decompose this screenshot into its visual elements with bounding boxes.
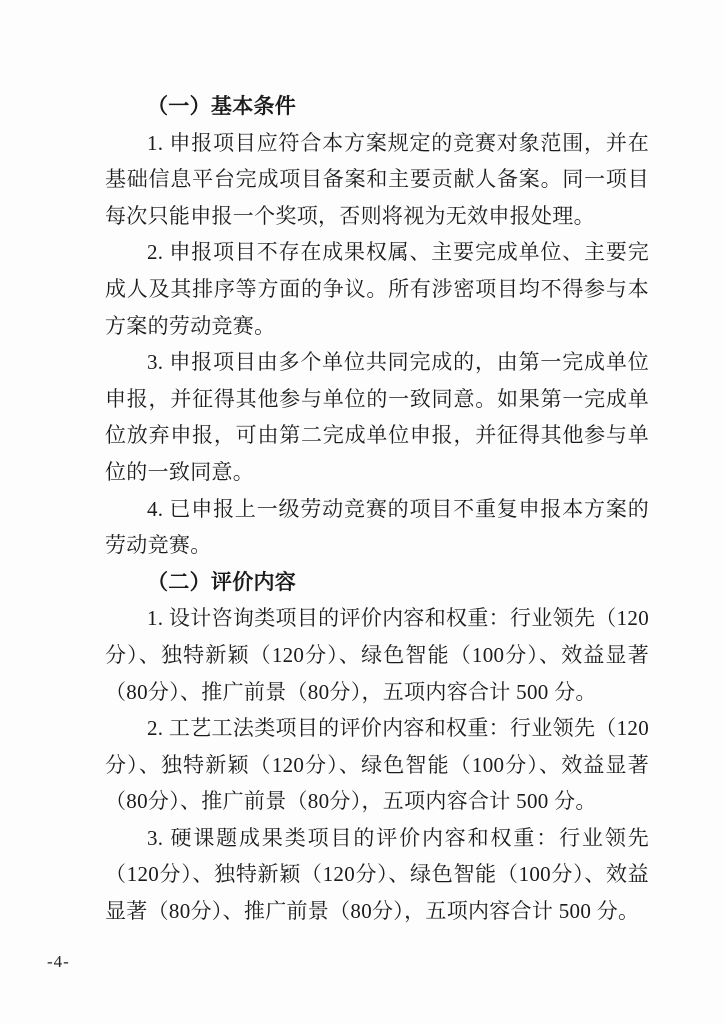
section-heading-basic-conditions: （一）基本条件 <box>105 88 649 125</box>
paragraph-basic-condition-3: 3. 申报项目由多个单位共同完成的，由第一完成单位申报，并征得其他参与单位的一致… <box>105 344 649 490</box>
document-page: （一）基本条件 1. 申报项目应符合本方案规定的竞赛对象范围，并在基础信息平台完… <box>0 0 724 1024</box>
paragraph-evaluation-2: 2. 工艺工法类项目的评价内容和权重：行业领先（120分）、独特新颖（120分）… <box>105 710 649 820</box>
paragraph-basic-condition-4: 4. 已申报上一级劳动竞赛的项目不重复申报本方案的劳动竞赛。 <box>105 491 649 564</box>
paragraph-basic-condition-1: 1. 申报项目应符合本方案规定的竞赛对象范围，并在基础信息平台完成项目备案和主要… <box>105 125 649 235</box>
paragraph-evaluation-1: 1. 设计咨询类项目的评价内容和权重：行业领先（120分）、独特新颖（120分）… <box>105 600 649 710</box>
paragraph-evaluation-3: 3. 硬课题成果类项目的评价内容和权重：行业领先（120分）、独特新颖（120分… <box>105 820 649 930</box>
document-body: （一）基本条件 1. 申报项目应符合本方案规定的竞赛对象范围，并在基础信息平台完… <box>105 88 649 930</box>
page-number: -4- <box>47 952 70 972</box>
paragraph-basic-condition-2: 2. 申报项目不存在成果权属、主要完成单位、主要完成人及其排序等方面的争议。所有… <box>105 234 649 344</box>
section-heading-evaluation-content: （二）评价内容 <box>105 564 649 601</box>
